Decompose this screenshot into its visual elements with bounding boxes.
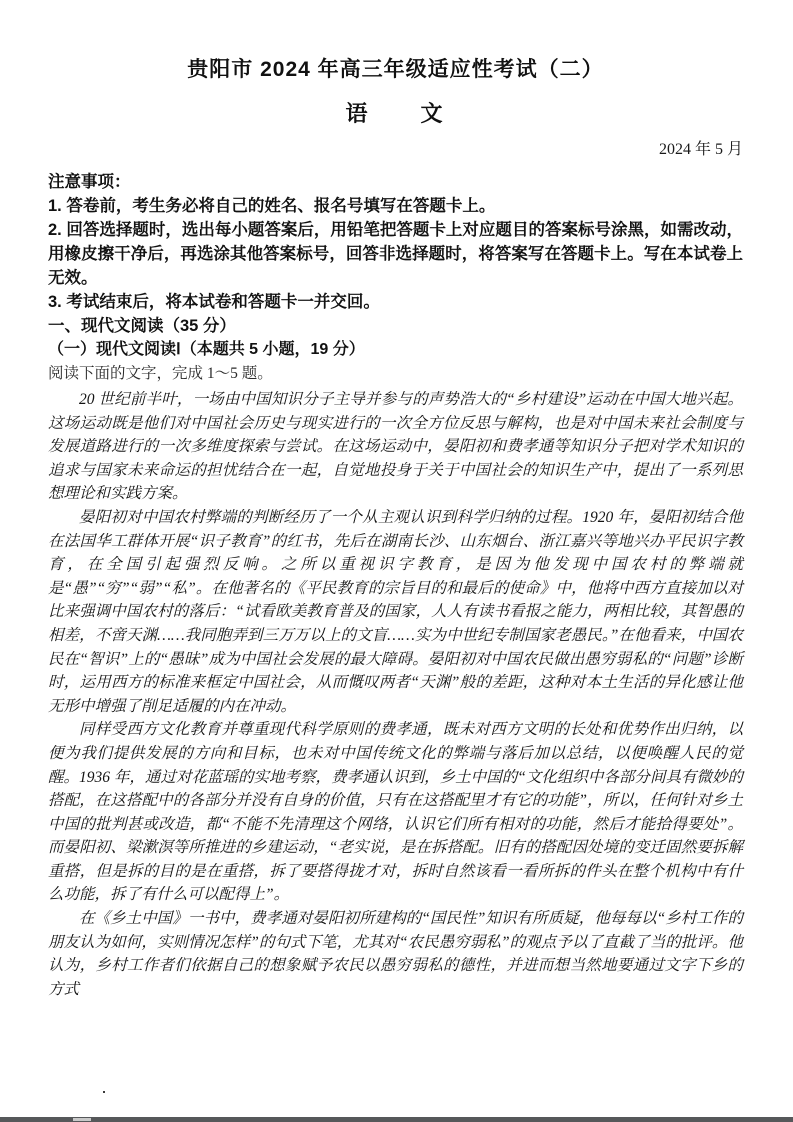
passage-paragraph-3: 同样受西方文化教育并尊重现代科学原则的费孝通，既未对西方文明的长处和优势作出归纳… bbox=[48, 718, 743, 907]
page-bottom-divider bbox=[0, 1117, 793, 1122]
notice-item-1: 1. 答卷前，考生务必将自己的姓名、报名号填写在答题卡上。 bbox=[48, 194, 743, 218]
notice-section: 注意事项： 1. 答卷前，考生务必将自己的姓名、报名号填写在答题卡上。 2. 回… bbox=[48, 170, 743, 314]
page-title: 贵阳市 2024 年高三年级适应性考试（二） bbox=[48, 56, 743, 84]
section-heading-modern-reading: 一、现代文阅读（35 分） bbox=[48, 314, 743, 338]
scan-artifact-dot bbox=[103, 1091, 105, 1093]
subsection-heading-reading-1: （一）现代文阅读Ⅰ（本题共 5 小题，19 分） bbox=[48, 338, 743, 362]
notice-item-2: 2. 回答选择题时，选出每小题答案后，用铅笔把答题卡上对应题目的答案标号涂黑，如… bbox=[48, 218, 743, 290]
page-content: 贵阳市 2024 年高三年级适应性考试（二） 语 文 2024 年 5 月 注意… bbox=[0, 0, 793, 1001]
notice-item-3: 3. 考试结束后，将本试卷和答题卡一并交回。 bbox=[48, 290, 743, 314]
passage-paragraph-1: 20 世纪前半叶，一场由中国知识分子主导并参与的声势浩大的“乡村建设”运动在中国… bbox=[48, 388, 743, 506]
passage-paragraph-4: 在《乡土中国》一书中，费孝通对晏阳初所建构的“国民性”知识有所质疑，他每每以“乡… bbox=[48, 907, 743, 1001]
exam-date: 2024 年 5 月 bbox=[48, 139, 743, 161]
passage-paragraph-2: 晏阳初对中国农村弊端的判断经历了一个从主观认识到科学归纳的过程。1920 年，晏… bbox=[48, 506, 743, 718]
subject-title: 语 文 bbox=[48, 100, 743, 128]
reading-passage: 20 世纪前半叶，一场由中国知识分子主导并参与的声势浩大的“乡村建设”运动在中国… bbox=[48, 388, 743, 1001]
reading-instruction: 阅读下面的文字，完成 1～5 题。 bbox=[48, 362, 743, 386]
notice-heading: 注意事项： bbox=[48, 170, 743, 194]
scan-artifact-dashes bbox=[73, 1118, 91, 1121]
exam-paper-page: 贵阳市 2024 年高三年级适应性考试（二） 语 文 2024 年 5 月 注意… bbox=[0, 0, 793, 1122]
